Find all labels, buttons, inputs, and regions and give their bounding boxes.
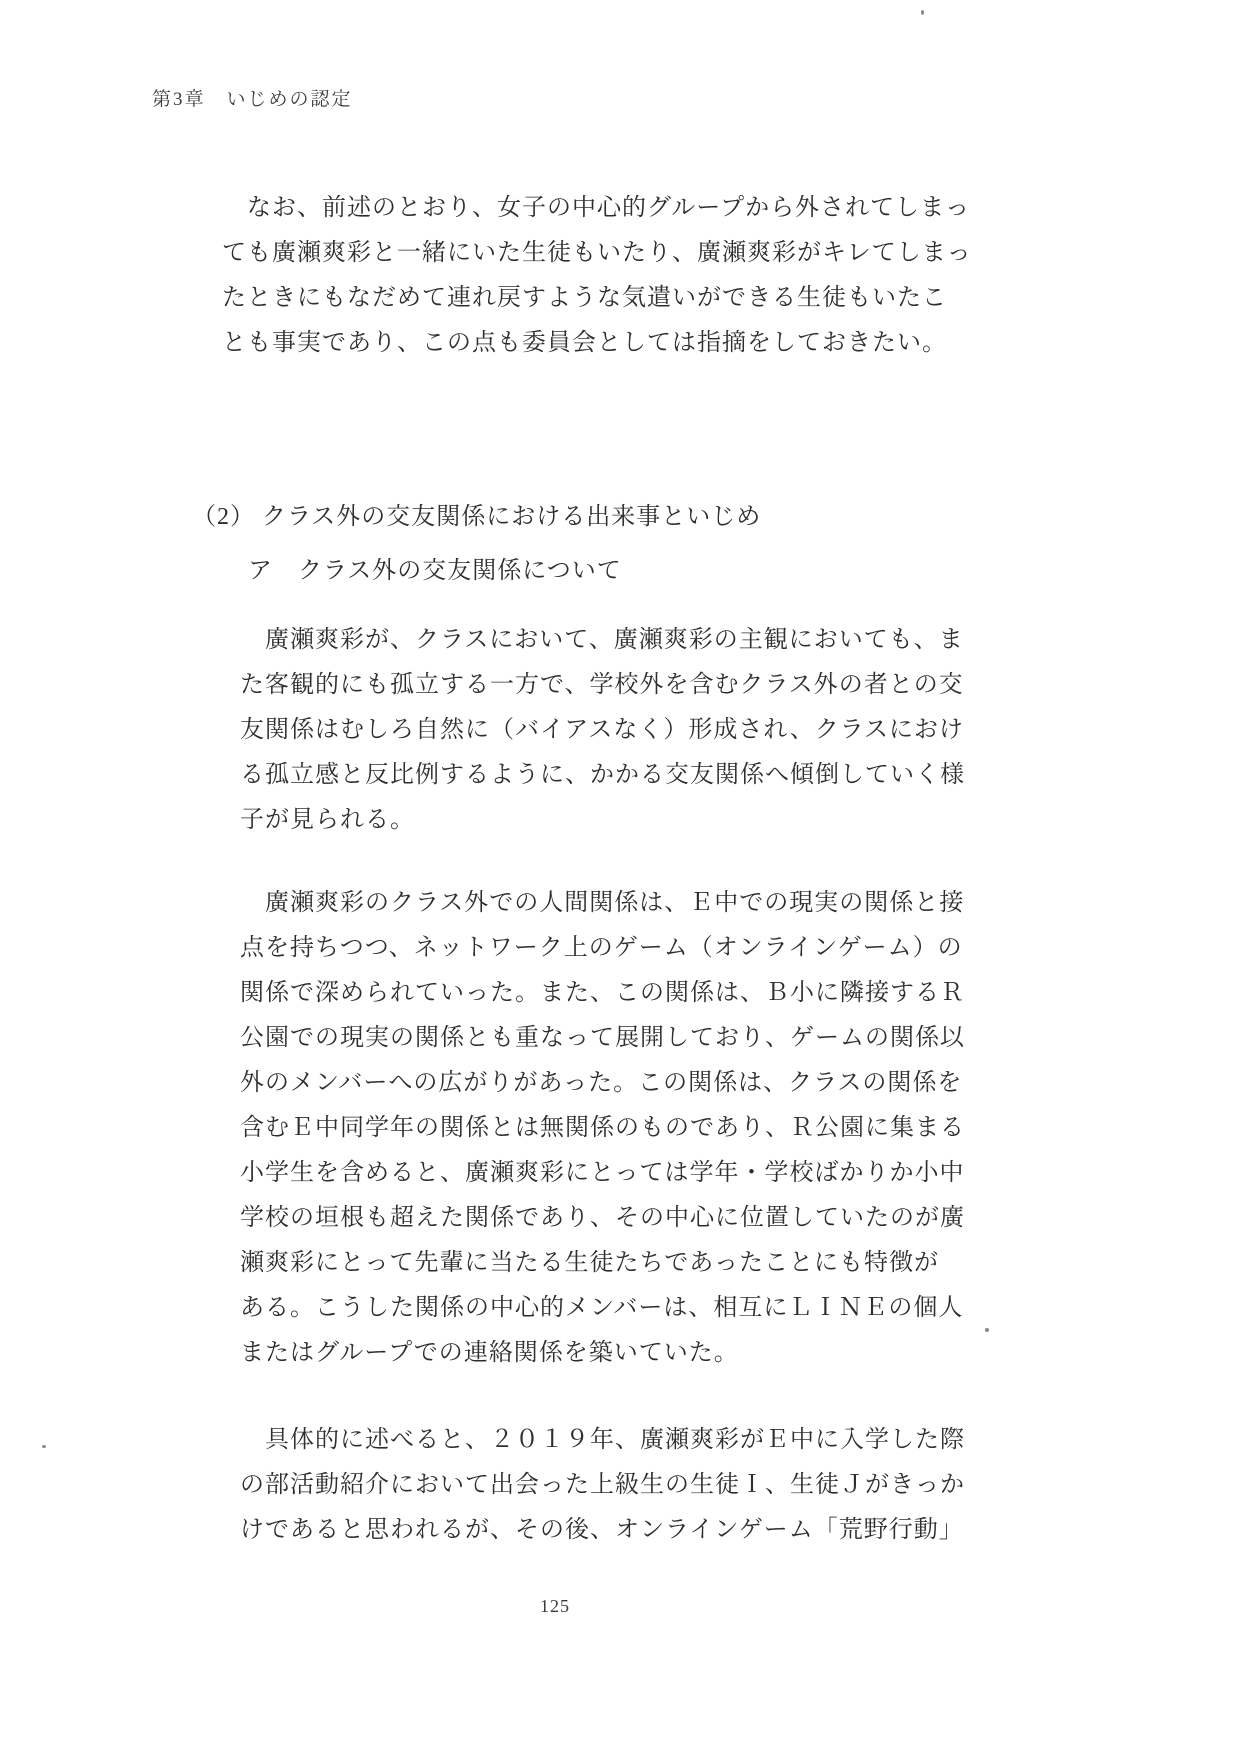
scan-speck: [921, 10, 924, 15]
paragraph-line: た客観的にも孤立する一方で、学校外を含むクラス外の者との交: [240, 663, 1020, 708]
paragraph-line: 公園での現実の関係とも重なって展開しており、ゲームの関係以: [240, 1016, 1020, 1061]
paragraph-line: 廣瀬爽彩が、クラスにおいて、廣瀬爽彩の主観においても、ま: [240, 618, 1020, 663]
paragraph-line: 関係で深められていった。また、この関係は、Ｂ小に隣接するＲ: [240, 971, 1020, 1016]
paragraph-line: 点を持ちつつ、ネットワーク上のゲーム（オンラインゲーム）の: [240, 926, 1020, 971]
paragraph-line: またはグループでの連絡関係を築いていた。: [240, 1331, 1020, 1376]
paragraph-line: ても廣瀬爽彩と一緒にいた生徒もいたり、廣瀬爽彩がキレてしまっ: [222, 231, 1002, 276]
paragraph-line: とも事実であり、この点も委員会としては指摘をしておきたい。: [222, 321, 1002, 366]
paragraph-line: 具体的に述べると、２０１９年、廣瀬爽彩がＥ中に入学した際: [240, 1418, 1020, 1463]
document-page: 第3章 いじめの認定 なお、前述のとおり、女子の中心的グループから外されてしまっ…: [0, 0, 1239, 1754]
paragraph-line: る孤立感と反比例するように、かかる交友関係へ傾倒していく様: [240, 753, 1020, 798]
paragraph-line: 外のメンバーへの広がりがあった。この関係は、クラスの関係を: [240, 1061, 1020, 1106]
paragraph-class-relations: 廣瀬爽彩が、クラスにおいて、廣瀬爽彩の主観においても、ま た客観的にも孤立する一…: [240, 618, 1020, 843]
page-number: 125: [490, 1596, 620, 1617]
paragraph-line: 小学生を含めると、廣瀬爽彩にとっては学年・学校ばかりか小中: [240, 1151, 1020, 1196]
paragraph-outside-class-network: 廣瀬爽彩のクラス外での人間関係は、Ｅ中での現実の関係と接 点を持ちつつ、ネットワ…: [240, 881, 1020, 1376]
paragraph-line: 子が見られる。: [240, 798, 1020, 843]
paragraph-line: 友関係はむしろ自然に（バイアスなく）形成され、クラスにおけ: [240, 708, 1020, 753]
paragraph-line: 含むＥ中同学年の関係とは無関係のものであり、Ｒ公園に集まる: [240, 1106, 1020, 1151]
paragraph-line: 瀬爽彩にとって先輩に当たる生徒たちであったことにも特徴が: [240, 1241, 1020, 1286]
paragraph-concrete-details: 具体的に述べると、２０１９年、廣瀬爽彩がＥ中に入学した際 の部活動紹介において出…: [240, 1418, 1020, 1553]
paragraph-line: 学校の垣根も超えた関係であり、その中心に位置していたのが廣: [240, 1196, 1020, 1241]
section-heading-2: （2） クラス外の交友関係における出来事といじめ: [192, 495, 761, 540]
scan-speck: [42, 1445, 46, 1448]
running-header-chapter: 第3章 いじめの認定: [152, 84, 353, 111]
scan-speck: [985, 1328, 989, 1332]
subsection-heading-a: ア クラス外の交友関係について: [248, 549, 622, 594]
paragraph-line: けであると思われるが、その後、オンラインゲーム「荒野行動」: [240, 1508, 1020, 1553]
paragraph-line: ある。こうした関係の中心的メンバーは、相互にＬＩＮＥの個人: [240, 1286, 1020, 1331]
paragraph-line: なお、前述のとおり、女子の中心的グループから外されてしまっ: [222, 186, 1002, 231]
paragraph-line: 廣瀬爽彩のクラス外での人間関係は、Ｅ中での現実の関係と接: [240, 881, 1020, 926]
paragraph-line: たときにもなだめて連れ戻すような気遣いができる生徒もいたこ: [222, 276, 1002, 321]
paragraph-intro: なお、前述のとおり、女子の中心的グループから外されてしまっ ても廣瀬爽彩と一緒に…: [222, 186, 1002, 366]
paragraph-line: の部活動紹介において出会った上級生の生徒Ｉ、生徒Ｊがきっか: [240, 1463, 1020, 1508]
